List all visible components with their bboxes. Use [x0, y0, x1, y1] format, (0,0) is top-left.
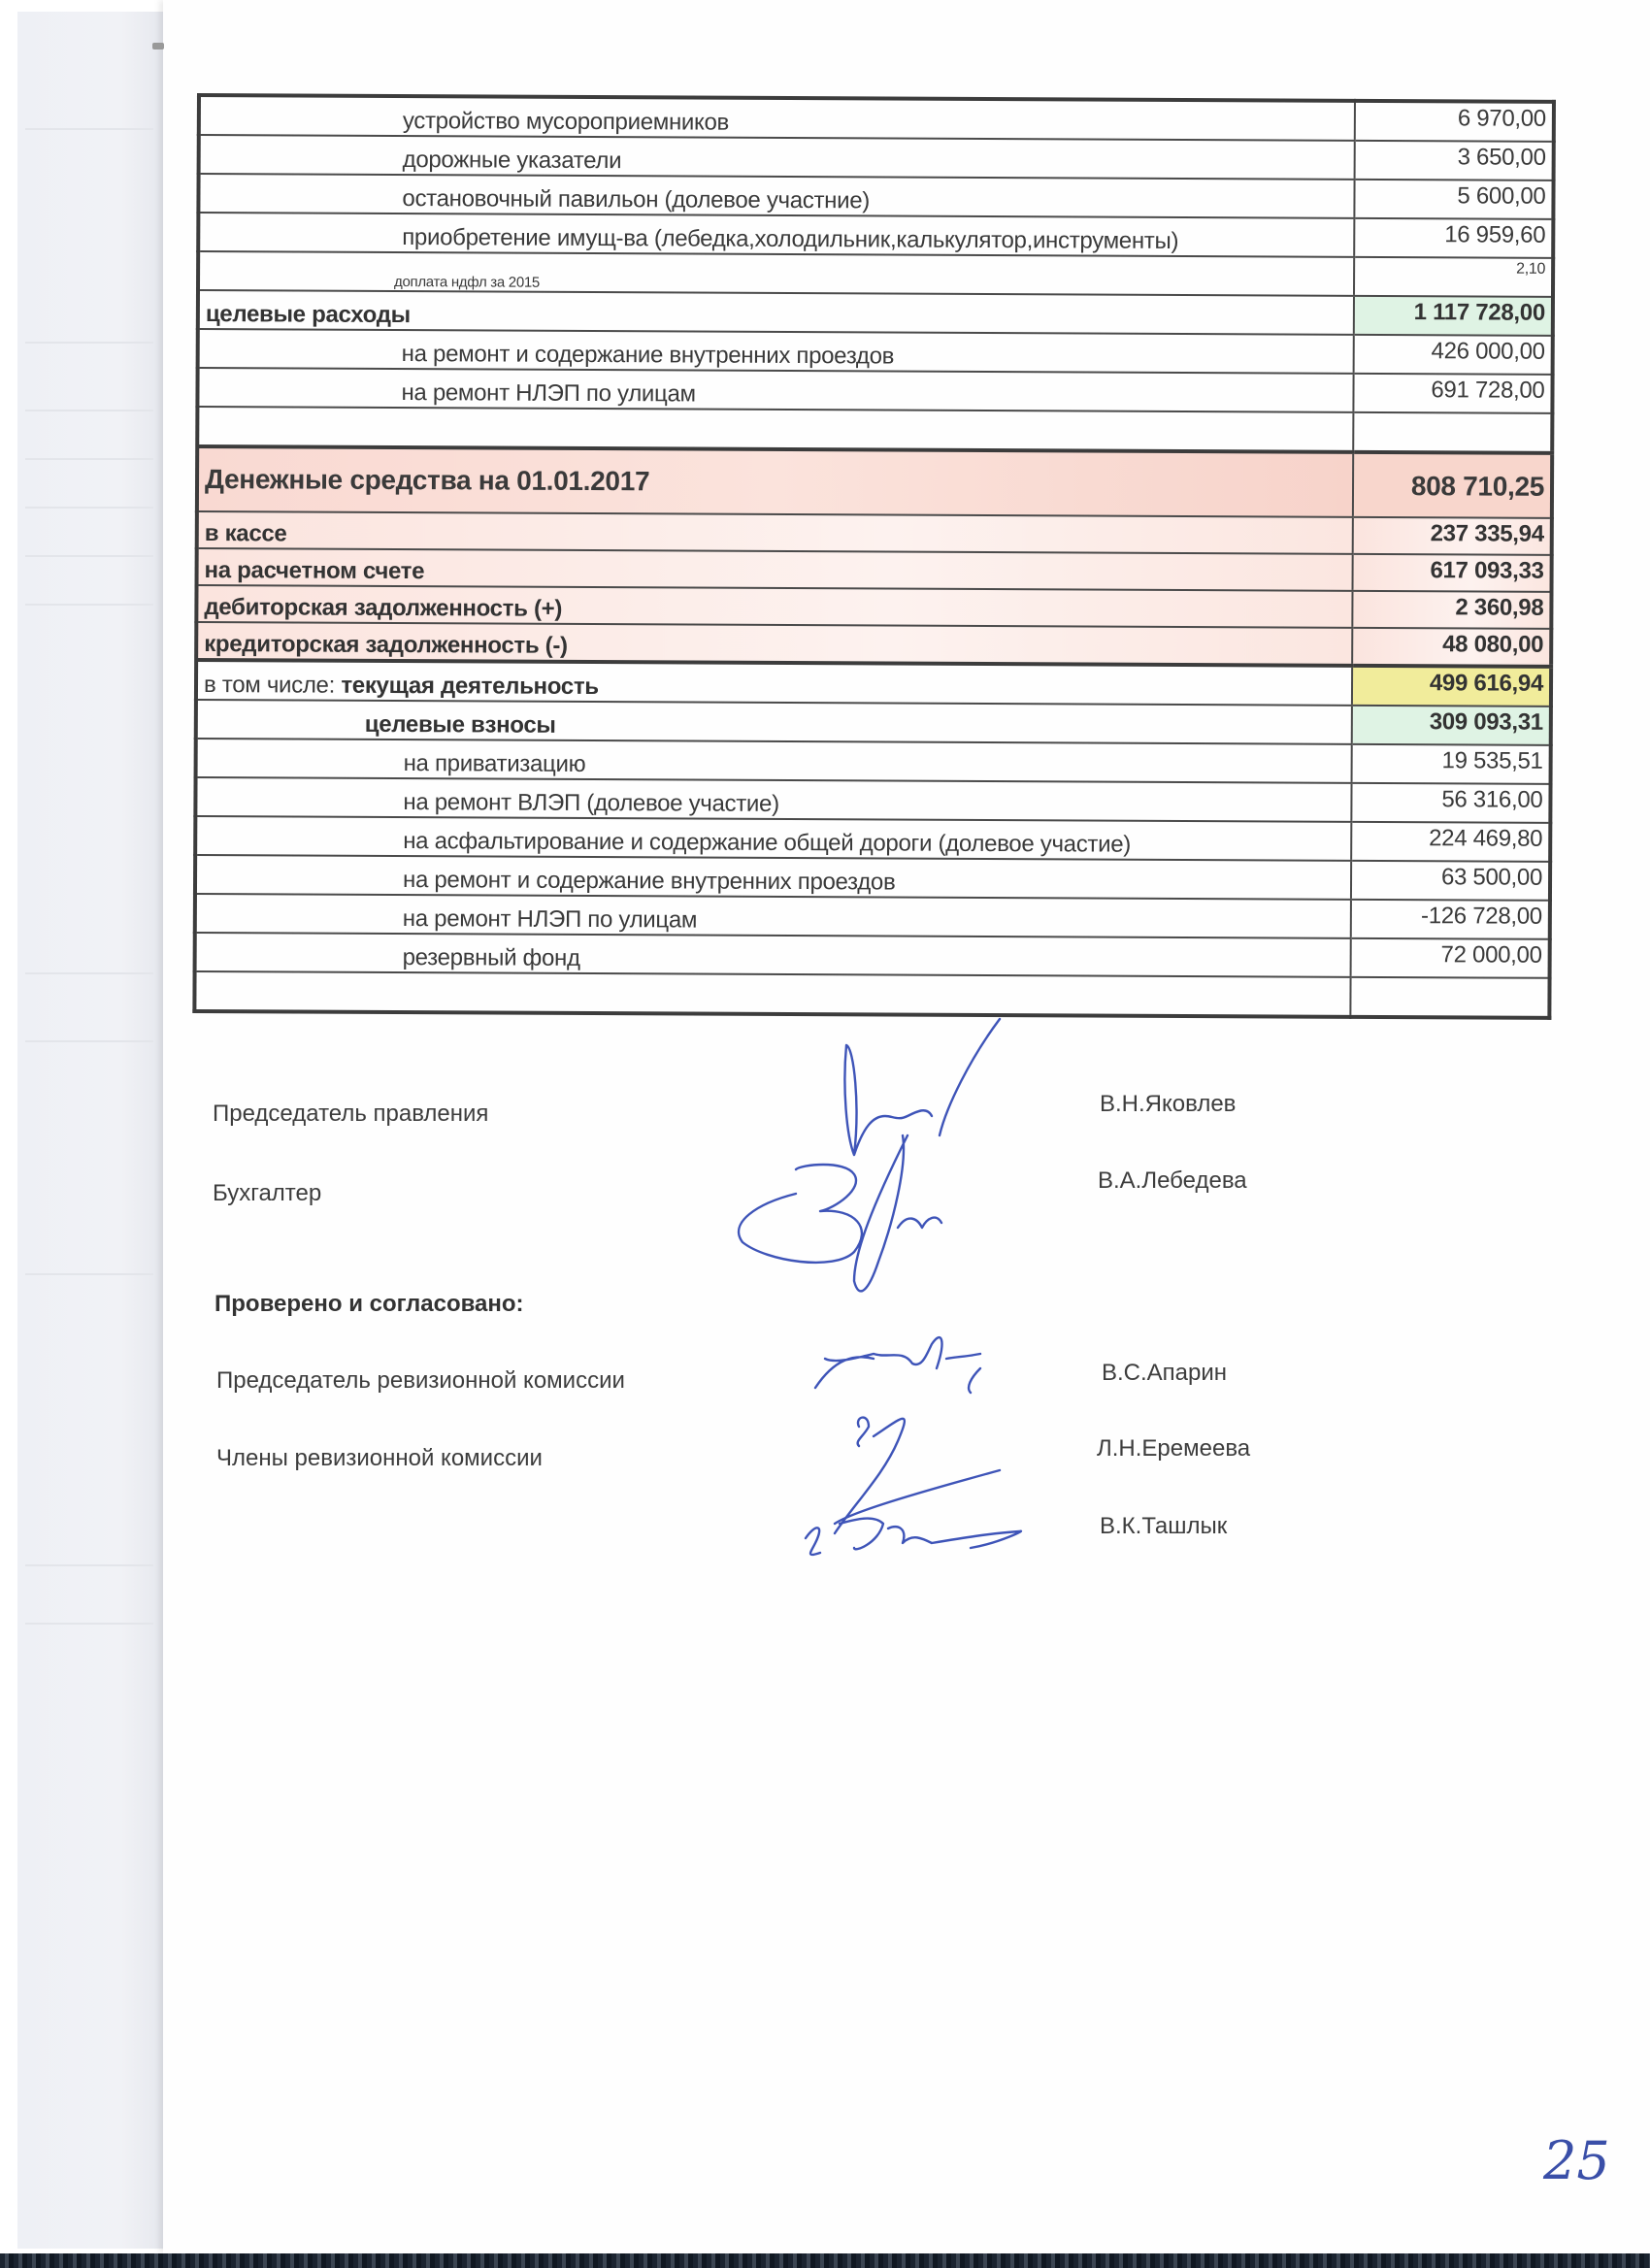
target-contributions-row: целевые взносы 309 093,31 [196, 700, 1551, 745]
table-row: резервный фонд 72 000,00 [195, 933, 1550, 978]
row-label: на ремонт и содержание внутренних проезд… [195, 855, 1351, 900]
row-value [1350, 977, 1549, 1018]
table-row-empty [197, 407, 1552, 453]
target-contributions-value: 309 093,31 [1352, 706, 1551, 745]
row-label: дорожные указатели [199, 135, 1355, 180]
row-value: 224 469,80 [1351, 822, 1550, 862]
cash-value: 2 360,98 [1352, 591, 1551, 629]
current-activity-text: текущая деятельность [341, 673, 599, 700]
row-label: на асфальтирование и содержание общей до… [195, 816, 1351, 861]
current-activity-row: в том числе: текущая деятельность 499 61… [196, 660, 1551, 707]
cash-value: 617 093,33 [1353, 554, 1552, 592]
row-value: 5 600,00 [1354, 180, 1553, 219]
row-value: 56 316,00 [1351, 783, 1550, 823]
cash-total-label: Денежные средства на 01.01.2017 [197, 446, 1353, 517]
table-row: дорожные указатели 3 650,00 [199, 135, 1554, 181]
target-contributions-label: целевые взносы [196, 700, 1352, 744]
table-row: на приватизацию 19 535,51 [196, 739, 1551, 784]
row-value: 16 959,60 [1354, 218, 1553, 258]
row-value [1353, 412, 1552, 453]
cash-value: 237 335,94 [1353, 517, 1552, 555]
table-row: на ремонт и содержание внутренних проезд… [198, 329, 1553, 375]
table-row: доплата ндфл за 2015 2,10 [198, 251, 1553, 297]
row-label: на ремонт НЛЭП по улицам [197, 368, 1353, 412]
table-row: на ремонт ВЛЭП (долевое участие) 56 316,… [195, 777, 1550, 823]
target-expenses-value: 1 117 728,00 [1354, 296, 1553, 336]
table-row-total: целевые расходы 1 117 728,00 [198, 290, 1553, 336]
cash-total-value: 808 710,25 [1353, 452, 1552, 518]
row-value: 2,10 [1354, 257, 1553, 297]
row-value: 426 000,00 [1354, 335, 1553, 375]
staple-mark [152, 43, 164, 49]
row-label [197, 407, 1353, 452]
cash-row: кредиторская задолженность (-) 48 080,00 [196, 622, 1551, 667]
row-label: устройство мусороприемников [199, 95, 1355, 141]
scan-margin [0, 0, 17, 2252]
row-value: 3 650,00 [1355, 141, 1554, 181]
financial-report-table: устройство мусороприемников 6 970,00 дор… [192, 93, 1556, 1020]
table-row: на ремонт и содержание внутренних проезд… [195, 855, 1550, 901]
row-label: на приватизацию [196, 739, 1352, 783]
current-activity-label: в том числе: текущая деятельность [196, 660, 1352, 706]
table-row: устройство мусороприемников 6 970,00 [199, 95, 1554, 142]
table-row: на асфальтирование и содержание общей до… [195, 816, 1550, 862]
table-row: на ремонт НЛЭП по улицам -126 728,00 [195, 894, 1550, 939]
cash-label: в кассе [197, 511, 1353, 554]
cash-total-row: Денежные средства на 01.01.2017 808 710,… [197, 446, 1552, 518]
cash-label: на расчетном счете [197, 548, 1353, 591]
row-label: резервный фонд [195, 933, 1351, 977]
cash-label: дебиторская задолженность (+) [196, 585, 1352, 628]
current-activity-value: 499 616,94 [1352, 666, 1551, 707]
breakdown-prefix: в том числе: [204, 672, 341, 699]
scanner-bed-edge [0, 2253, 1650, 2268]
row-label [194, 971, 1350, 1017]
row-value: -126 728,00 [1351, 900, 1550, 939]
cash-value: 48 080,00 [1352, 628, 1551, 667]
row-label: приобретение имущ-ва (лебедка,холодильни… [198, 213, 1354, 257]
previous-page-edge [17, 12, 163, 2249]
table-row: остановочный павильон (долевое участние)… [198, 174, 1553, 219]
row-value: 72 000,00 [1351, 938, 1550, 978]
row-value: 6 970,00 [1355, 101, 1554, 142]
table-row: приобретение имущ-ва (лебедка,холодильни… [198, 213, 1553, 258]
row-label: на ремонт и содержание внутренних проезд… [198, 329, 1354, 374]
row-value: 19 535,51 [1352, 744, 1551, 784]
row-label: на ремонт ВЛЭП (долевое участие) [195, 777, 1351, 822]
row-label: на ремонт НЛЭП по улицам [195, 894, 1351, 938]
row-label: остановочный павильон (долевое участние) [198, 174, 1354, 218]
table-row: на ремонт НЛЭП по улицам 691 728,00 [197, 368, 1552, 413]
row-value: 63 500,00 [1351, 861, 1550, 901]
row-label: доплата ндфл за 2015 [198, 251, 1354, 296]
table-row-empty [194, 971, 1549, 1018]
target-expenses-label: целевые расходы [198, 290, 1354, 335]
row-value: 691 728,00 [1353, 374, 1552, 413]
cash-label: кредиторская задолженность (-) [196, 622, 1352, 666]
